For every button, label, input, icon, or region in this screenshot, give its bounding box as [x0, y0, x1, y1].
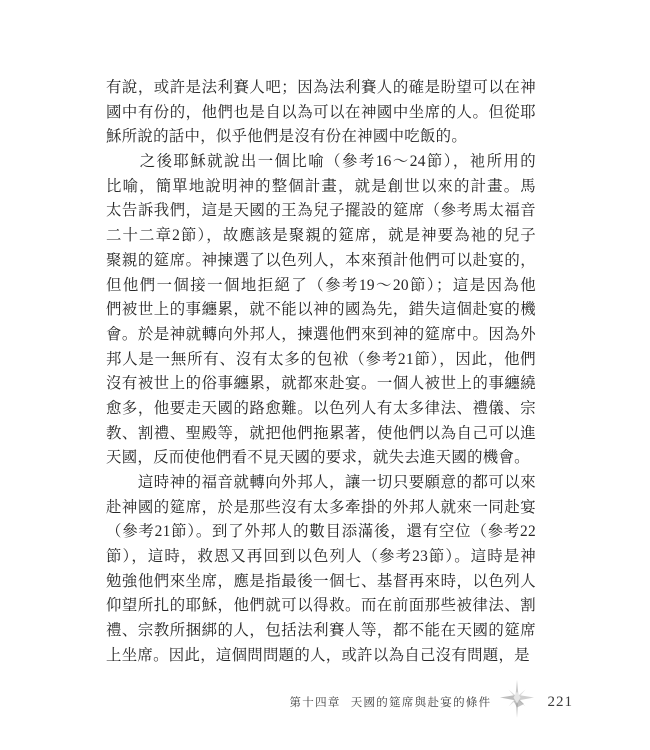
text-line: 教、割禮、聖殿等，就把他們拖累著，使他們以為自己可以進 — [106, 422, 536, 447]
footer-chapter-label: 第十四章 — [289, 697, 340, 709]
text-line: 仰望所扎的耶穌，他們就可以得救。而在前面那些被律法、割 — [106, 594, 536, 619]
text-line: 有說，或許是法利賽人吧；因為法利賽人的確是盼望可以在神 — [106, 76, 536, 101]
text-line: 上坐席。因此，這個問問題的人，或許以為自己沒有問題，是 — [106, 644, 536, 669]
text-line: （參考21節）。到了外邦人的數目添滿後，還有空位（參考22 — [106, 520, 536, 545]
paragraph: 這時神的福音就轉向外邦人，讓一切只要願意的都可以來 赴神國的筵席，於是那些沒有太… — [106, 471, 536, 669]
footer-chapter-title: 天國的筵席與赴宴的條件 — [351, 697, 492, 709]
text-line: 赴神國的筵席，於是那些沒有太多牽掛的外邦人就來一同赴宴 — [106, 496, 536, 521]
text-line: 節），這時，救恩又再回到以色列人（參考23節）。這時是神 — [106, 545, 536, 570]
footer-chapter-heading: 第十四章天國的筵席與赴宴的條件 — [289, 694, 491, 710]
text-line: 勉強他們來坐席，應是指最後一個七、基督再來時，以色列人 — [106, 570, 536, 595]
text-line: 邦人是一無所有、沒有太多的包袱（參考21節），因此，他們 — [106, 348, 536, 373]
paragraph: 之後耶穌就說出一個比喻（參考16～24節），祂所用的 比喻，簡單地說明神的整個計… — [106, 150, 536, 471]
text-line: 國中有份的，他們也是自以為可以在神國中坐席的人。但從耶 — [106, 101, 536, 126]
page-number: 221 — [548, 694, 574, 711]
text-line: 禮、宗教所捆綁的人，包括法利賽人等，都不能在天國的筵席 — [106, 619, 536, 644]
text-line: 二十二章2節），故應該是聚親的筵席，就是神要為祂的兒子 — [106, 224, 536, 249]
text-line: 會。於是神就轉向外邦人，揀選他們來到神的筵席中。因為外 — [106, 323, 536, 348]
page-footer: 第十四章天國的筵席與赴宴的條件 221 — [0, 682, 650, 722]
body-text: 有說，或許是法利賽人吧；因為法利賽人的確是盼望可以在神 國中有份的，他們也是自以… — [106, 76, 536, 669]
text-line: 沒有被世上的俗事纏累，就都來赴宴。一個人被世上的事纏繞 — [106, 372, 536, 397]
text-line: 天國，反而使他們看不見天國的要求，就失去進天國的機會。 — [106, 446, 536, 471]
book-page: 有說，或許是法利賽人吧；因為法利賽人的確是盼望可以在神 國中有份的，他們也是自以… — [0, 0, 650, 750]
text-line: 們被世上的事纏累，就不能以神的國為先，錯失這個赴宴的機 — [106, 298, 536, 323]
text-line: 之後耶穌就說出一個比喻（參考16～24節），祂所用的 — [106, 150, 536, 175]
text-line: 這時神的福音就轉向外邦人，讓一切只要願意的都可以來 — [106, 471, 536, 496]
text-line: 但他們一個接一個地拒絕了（參考19～20節）；這是因為他 — [106, 274, 536, 299]
text-line: 穌所說的話中，似乎他們是沒有份在神國中吃飯的。 — [106, 125, 536, 150]
paragraph: 有說，或許是法利賽人吧；因為法利賽人的確是盼望可以在神 國中有份的，他們也是自以… — [106, 76, 536, 150]
sparkle-star-icon — [499, 679, 535, 719]
text-line: 愈多，他要走天國的路愈難。以色列人有太多律法、禮儀、宗 — [106, 397, 536, 422]
text-line: 太告訴我們，這是天國的王為兒子擺設的筵席（參考馬太福音 — [106, 199, 536, 224]
text-line: 比喻，簡單地說明神的整個計畫，就是創世以來的計畫。馬 — [106, 175, 536, 200]
text-line: 聚親的筵席。神揀選了以色列人，本來預計他們可以赴宴的， — [106, 249, 536, 274]
